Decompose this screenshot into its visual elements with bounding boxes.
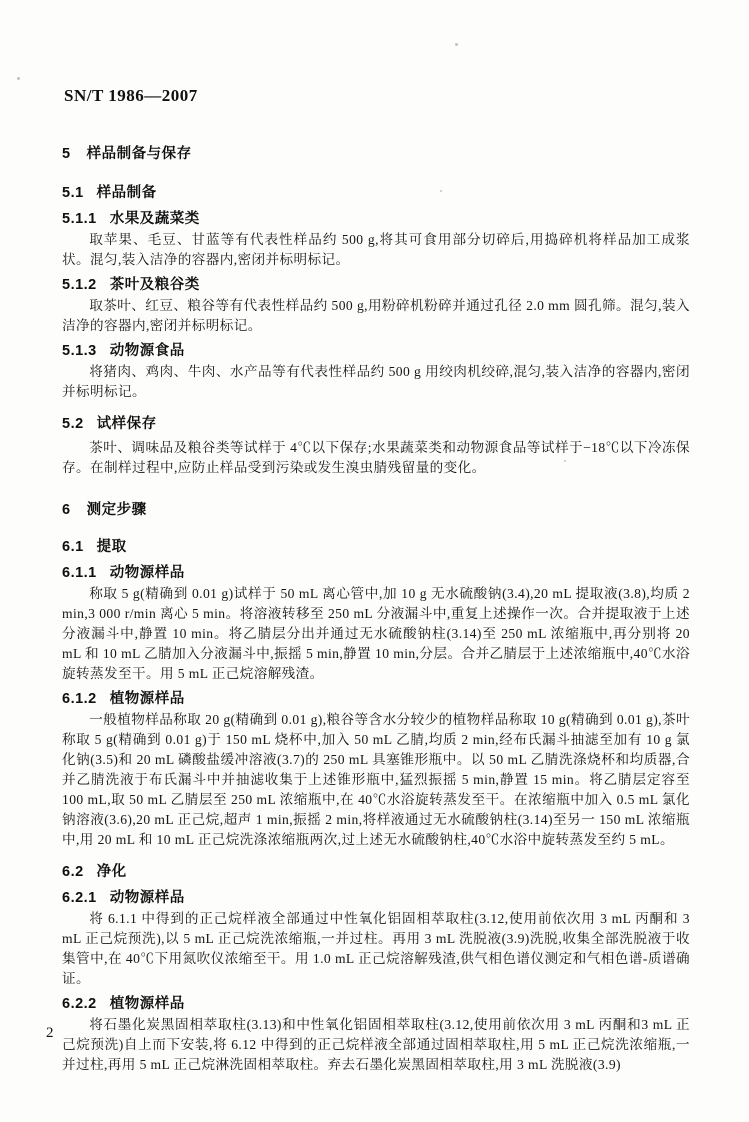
heading-5: 5样品制备与保存 bbox=[62, 142, 690, 163]
heading-title: 动物源样品 bbox=[110, 890, 185, 906]
heading-number: 6.1 bbox=[62, 539, 84, 555]
heading-number: 6.1.1 bbox=[62, 565, 97, 581]
heading-title: 样品制备 bbox=[97, 185, 157, 201]
paragraph-5-1-1: 取苹果、毛豆、甘蓝等有代表性样品约 500 g,将其可食用部分切碎后,用捣碎机将… bbox=[62, 230, 690, 270]
paragraph-5-1-3: 将猪肉、鸡肉、牛肉、水产品等有代表性样品约 500 g 用绞肉机绞碎,混匀,装入… bbox=[62, 362, 690, 402]
scan-speck bbox=[440, 190, 442, 192]
heading-6-2-2: 6.2.2植物源样品 bbox=[62, 992, 690, 1013]
heading-title: 动物源样品 bbox=[110, 565, 185, 581]
heading-number: 5.2 bbox=[62, 416, 84, 432]
heading-title: 植物源样品 bbox=[110, 996, 185, 1012]
heading-title: 样品制备与保存 bbox=[87, 146, 192, 162]
paragraph-6-2-2: 将石墨化炭黑固相萃取柱(3.13)和中性氧化铝固相萃取柱(3.12,使用前依次用… bbox=[62, 1015, 690, 1075]
paragraph-5-2: 茶叶、调味品及粮谷类等试样于 4℃以下保存;水果蔬菜类和动物源食品等试样于−18… bbox=[62, 438, 690, 478]
heading-number: 5.1 bbox=[62, 185, 84, 201]
heading-number: 6 bbox=[62, 502, 71, 518]
heading-title: 植物源样品 bbox=[110, 691, 185, 707]
heading-title: 提取 bbox=[97, 539, 127, 555]
paragraph-6-1-1: 称取 5 g(精确到 0.01 g)试样于 50 mL 离心管中,加 10 g … bbox=[62, 584, 690, 684]
heading-6-2: 6.2净化 bbox=[62, 860, 690, 881]
document-page: SN/T 1986—2007 5样品制备与保存 5.1样品制备 5.1.1水果及… bbox=[0, 0, 749, 1122]
heading-5-1: 5.1样品制备 bbox=[62, 181, 690, 202]
paragraph-6-1-2: 一般植物样品称取 20 g(精确到 0.01 g),粮谷等含水分较少的植物样品称… bbox=[62, 710, 690, 850]
heading-5-2: 5.2试样保存 bbox=[62, 412, 690, 433]
heading-title: 净化 bbox=[97, 864, 127, 880]
scan-speck bbox=[455, 43, 458, 46]
heading-5-1-3: 5.1.3动物源食品 bbox=[62, 339, 690, 360]
heading-6: 6测定步骤 bbox=[62, 498, 690, 519]
heading-number: 6.1.2 bbox=[62, 691, 97, 707]
heading-5-1-2: 5.1.2茶叶及粮谷类 bbox=[62, 273, 690, 294]
heading-number: 5.1.2 bbox=[62, 277, 97, 293]
heading-title: 茶叶及粮谷类 bbox=[110, 277, 200, 293]
standard-code-header: SN/T 1986—2007 bbox=[64, 86, 198, 106]
heading-number: 6.2.2 bbox=[62, 996, 97, 1012]
heading-number: 5.1.3 bbox=[62, 343, 97, 359]
paragraph-5-1-2: 取茶叶、红豆、粮谷等有代表性样品约 500 g,用粉碎机粉碎并通过孔径 2.0 … bbox=[62, 296, 690, 336]
heading-number: 5 bbox=[62, 146, 71, 162]
heading-5-1-1: 5.1.1水果及蔬菜类 bbox=[62, 207, 690, 228]
page-number: 2 bbox=[46, 1025, 54, 1042]
heading-number: 6.2.1 bbox=[62, 890, 97, 906]
heading-number: 5.1.1 bbox=[62, 211, 97, 227]
heading-title: 水果及蔬菜类 bbox=[110, 211, 200, 227]
heading-title: 试样保存 bbox=[97, 416, 157, 432]
scan-speck bbox=[564, 460, 566, 462]
heading-6-1: 6.1提取 bbox=[62, 535, 690, 556]
paragraph-6-2-1: 将 6.1.1 中得到的正己烷样液全部通过中性氧化铝固相萃取柱(3.12,使用前… bbox=[62, 909, 690, 989]
heading-title: 测定步骤 bbox=[87, 502, 147, 518]
scan-speck bbox=[17, 77, 20, 80]
document-body: 5样品制备与保存 5.1样品制备 5.1.1水果及蔬菜类 取苹果、毛豆、甘蓝等有… bbox=[62, 138, 690, 1075]
heading-title: 动物源食品 bbox=[110, 343, 185, 359]
heading-6-1-1: 6.1.1动物源样品 bbox=[62, 561, 690, 582]
heading-6-2-1: 6.2.1动物源样品 bbox=[62, 886, 690, 907]
heading-6-1-2: 6.1.2植物源样品 bbox=[62, 687, 690, 708]
heading-number: 6.2 bbox=[62, 864, 84, 880]
